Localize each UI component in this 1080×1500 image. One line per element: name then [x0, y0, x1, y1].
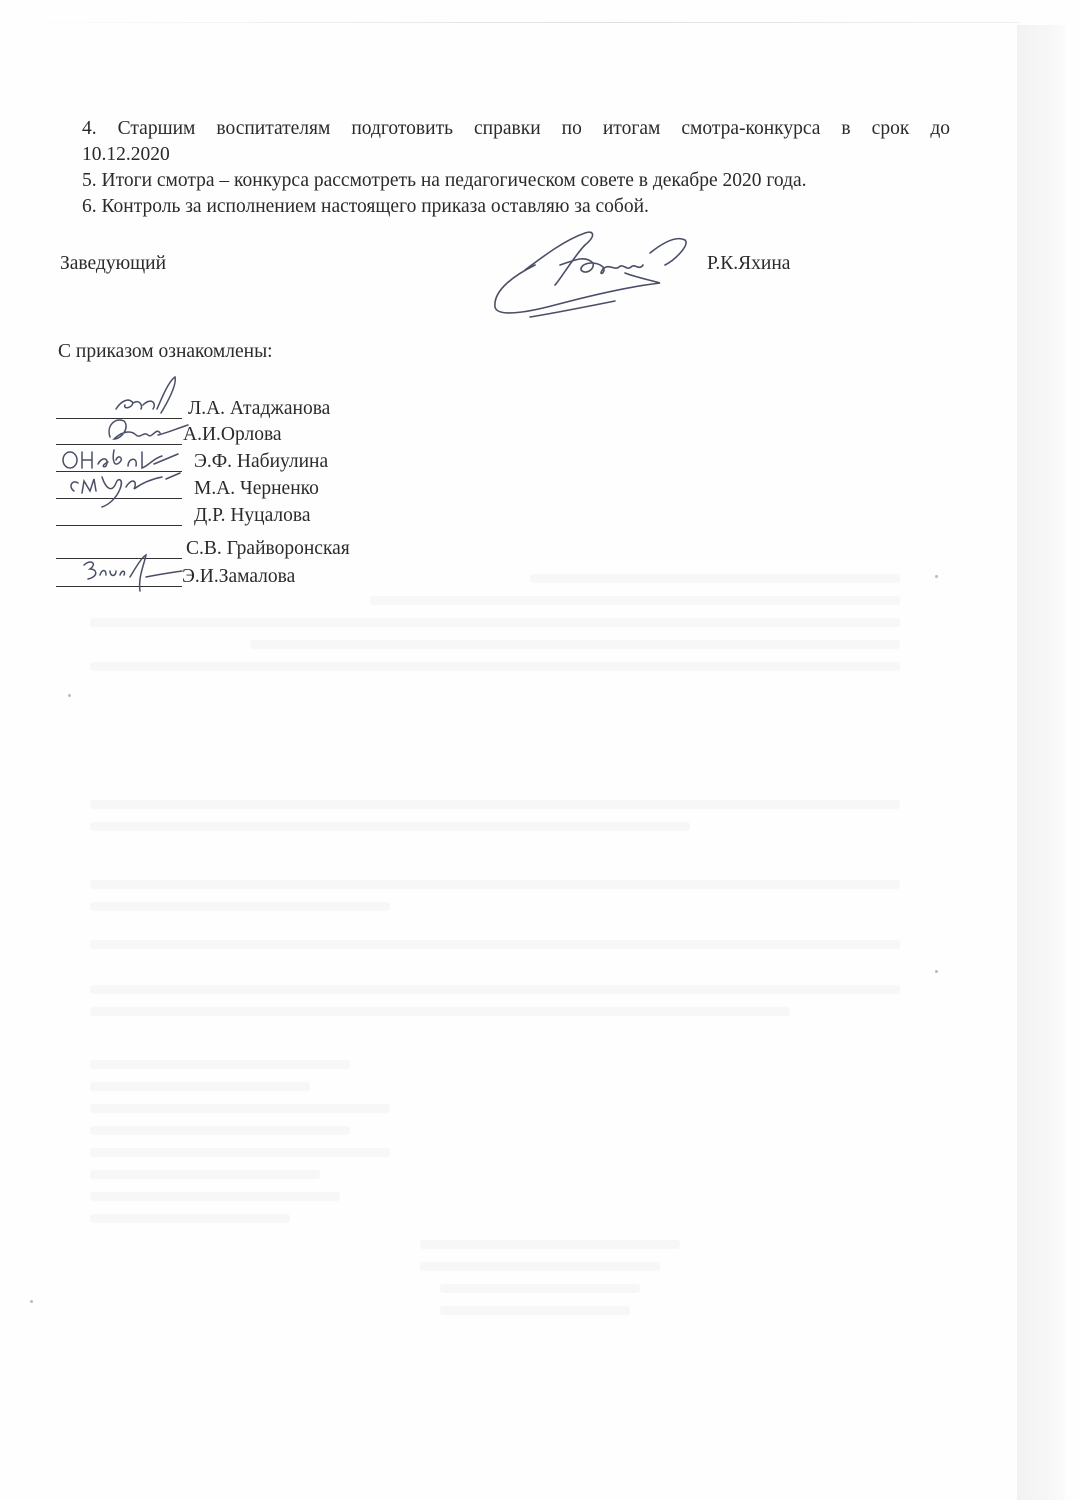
person-name: А.И.Орлова [183, 423, 282, 447]
head-signature [485, 225, 705, 325]
signatory-name: Р.К.Яхина [707, 252, 790, 276]
order-item-6: 6. Контроль за исполнением настоящего пр… [82, 195, 649, 219]
scanned-page: 4. Старшим воспитателям подготовить спра… [0, 0, 1080, 1500]
order-item-4-line-2: 10.12.2020 [82, 143, 170, 167]
scan-shadow-band [1017, 25, 1065, 1500]
order-item-5: 5. Итоги смотра – конкурса рассмотреть н… [82, 169, 807, 193]
acknowledgement-heading: С приказом ознакомлены: [58, 340, 273, 364]
signature-chernenko [62, 469, 192, 509]
person-name: Д.Р. Нуцалова [194, 504, 311, 528]
page-top-edge [0, 22, 1020, 23]
person-name: Э.И.Замалова [182, 565, 295, 589]
person-name: Л.А. Атаджанова [188, 397, 330, 421]
person-name: С.В. Грайворонская [186, 537, 350, 561]
signature-zamalova [76, 553, 186, 593]
signatory-position: Заведующий [60, 252, 166, 276]
order-item-4-line-1: 4. Старшим воспитателям подготовить спра… [82, 117, 950, 141]
person-name: Э.Ф. Набиулина [194, 450, 328, 474]
person-name: М.А. Черненко [194, 477, 319, 501]
signature-line [56, 525, 182, 526]
